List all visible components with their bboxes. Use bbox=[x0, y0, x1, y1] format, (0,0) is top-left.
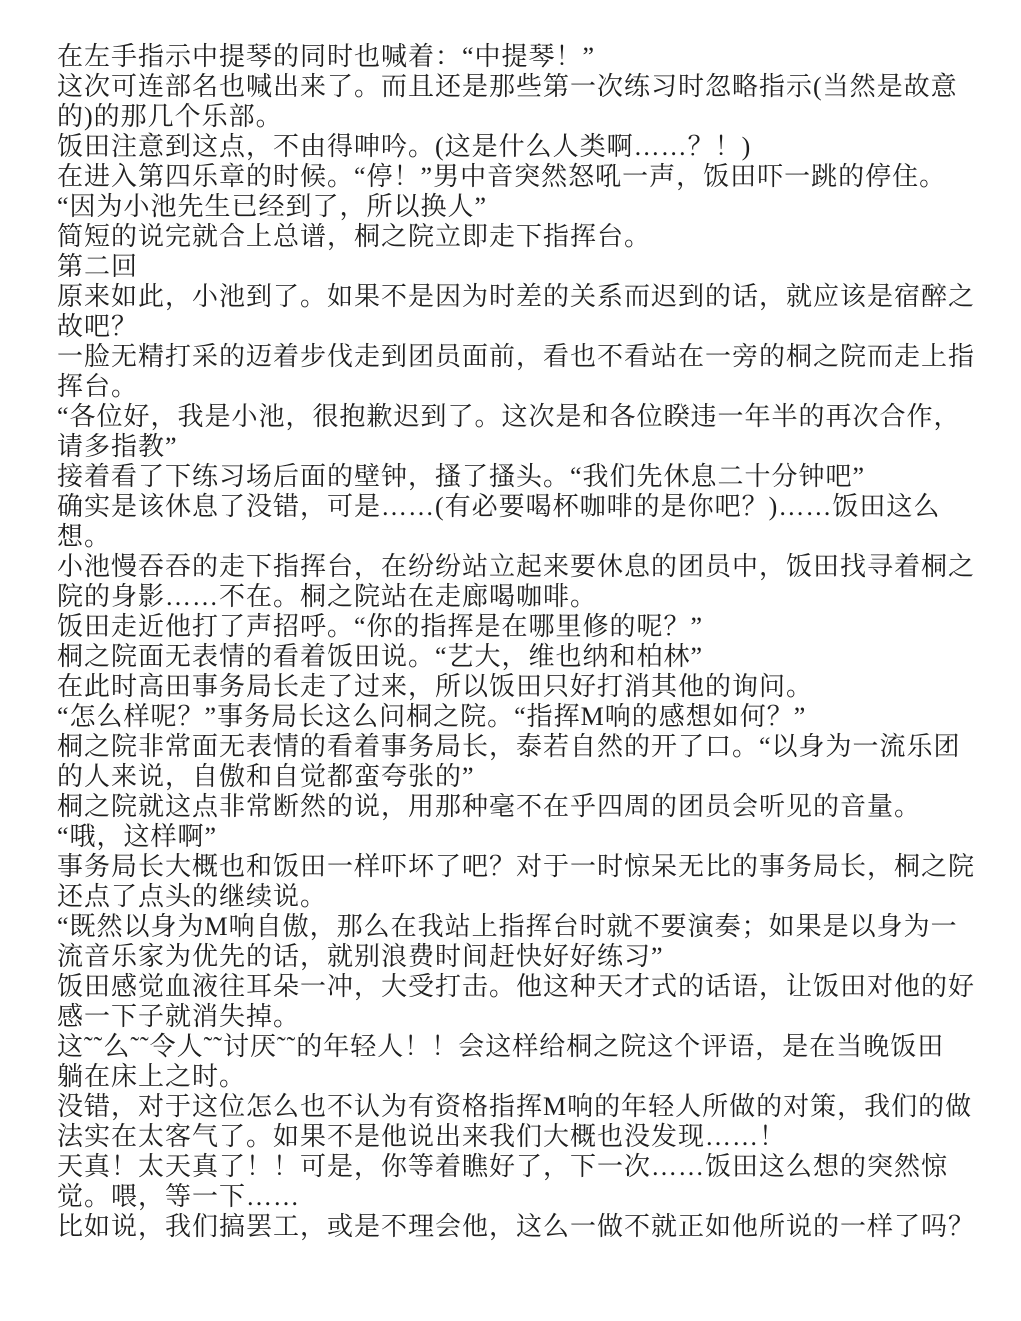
text-line: 这次可连部名也喊出来了。而且还是那些第一次练习时忽略指示(当然是故意 bbox=[57, 72, 981, 102]
text-line: 饭田注意到这点，不由得呻吟。(这是什么人类啊……？！) bbox=[57, 132, 981, 162]
text-line: 天真！太天真了！！可是，你等着瞧好了，下一次……饭田这么想的突然惊 bbox=[57, 1152, 981, 1182]
text-line: 一脸无精打采的迈着步伐走到团员面前，看也不看站在一旁的桐之院而走上指 bbox=[57, 342, 981, 372]
text-line: 桐之院就这点非常断然的说，用那种毫不在乎四周的团员会听见的音量。 bbox=[57, 792, 981, 822]
text-line: 还点了点头的继续说。 bbox=[57, 882, 981, 912]
text-line: 在进入第四乐章的时候。“停！”男中音突然怒吼一声，饭田吓一跳的停住。 bbox=[57, 162, 981, 192]
chapter-heading: 第二回 bbox=[57, 252, 981, 282]
text-line: 的人来说，自傲和自觉都蛮夸张的” bbox=[57, 762, 981, 792]
text-line: 接着看了下练习场后面的壁钟，搔了搔头。“我们先休息二十分钟吧” bbox=[57, 462, 981, 492]
text-line: 想。 bbox=[57, 522, 981, 552]
text-line: 简短的说完就合上总谱，桐之院立即走下指挥台。 bbox=[57, 222, 981, 252]
text-line: 故吧？ bbox=[57, 312, 981, 342]
text-line: 小池慢吞吞的走下指挥台，在纷纷站立起来要休息的团员中，饭田找寻着桐之 bbox=[57, 552, 981, 582]
document-page: 在左手指示中提琴的同时也喊着：“中提琴！” 这次可连部名也喊出来了。而且还是那些… bbox=[0, 0, 1021, 1321]
text-line: 比如说，我们搞罢工，或是不理会他，这么一做不就正如他所说的一样了吗？ bbox=[57, 1212, 981, 1242]
text-line: 确实是该休息了没错，可是……(有必要喝杯咖啡的是你吧？)……饭田这么 bbox=[57, 492, 981, 522]
text-line: “怎么样呢？”事务局长这么问桐之院。“指挥M响的感想如何？” bbox=[57, 702, 981, 732]
text-line: “哦，这样啊” bbox=[57, 822, 981, 852]
text-line: “既然以身为M响自傲，那么在我站上指挥台时就不要演奏；如果是以身为一 bbox=[57, 912, 981, 942]
text-line: 请多指教” bbox=[57, 432, 981, 462]
text-line: 在左手指示中提琴的同时也喊着：“中提琴！” bbox=[57, 42, 981, 72]
text-line: 桐之院面无表情的看着饭田说。“艺大，维也纳和柏林” bbox=[57, 642, 981, 672]
text-line: 流音乐家为优先的话，就别浪费时间赶快好好练习” bbox=[57, 942, 981, 972]
text-line: 饭田感觉血液往耳朵一冲，大受打击。他这种天才式的话语，让饭田对他的好 bbox=[57, 972, 981, 1002]
text-line: 桐之院非常面无表情的看着事务局长，泰若自然的开了口。“以身为一流乐团 bbox=[57, 732, 981, 762]
text-line: 觉。喂，等一下…… bbox=[57, 1182, 981, 1212]
text-line: “各位好，我是小池，很抱歉迟到了。这次是和各位睽违一年半的再次合作， bbox=[57, 402, 981, 432]
text-line: 饭田走近他打了声招呼。“你的指挥是在哪里修的呢？” bbox=[57, 612, 981, 642]
text-line: 躺在床上之时。 bbox=[57, 1062, 981, 1092]
text-line: 院的身影……不在。桐之院站在走廊喝咖啡。 bbox=[57, 582, 981, 612]
text-line: 在此时高田事务局长走了过来，所以饭田只好打消其他的询问。 bbox=[57, 672, 981, 702]
text-line: 事务局长大概也和饭田一样吓坏了吧？对于一时惊呆无比的事务局长，桐之院 bbox=[57, 852, 981, 882]
text-line: 这˜˜么˜˜令人˜˜讨厌˜˜的年轻人！！会这样给桐之院这个评语，是在当晚饭田 bbox=[57, 1032, 981, 1062]
text-line: “因为小池先生已经到了，所以换人” bbox=[57, 192, 981, 222]
text-line: 法实在太客气了。如果不是他说出来我们大概也没发现……！ bbox=[57, 1122, 981, 1152]
text-line: 的)的那几个乐部。 bbox=[57, 102, 981, 132]
text-line: 没错，对于这位怎么也不认为有资格指挥M响的年轻人所做的对策，我们的做 bbox=[57, 1092, 981, 1122]
text-line: 挥台。 bbox=[57, 372, 981, 402]
text-line: 感一下子就消失掉。 bbox=[57, 1002, 981, 1032]
text-line: 原来如此，小池到了。如果不是因为时差的关系而迟到的话，就应该是宿醉之 bbox=[57, 282, 981, 312]
